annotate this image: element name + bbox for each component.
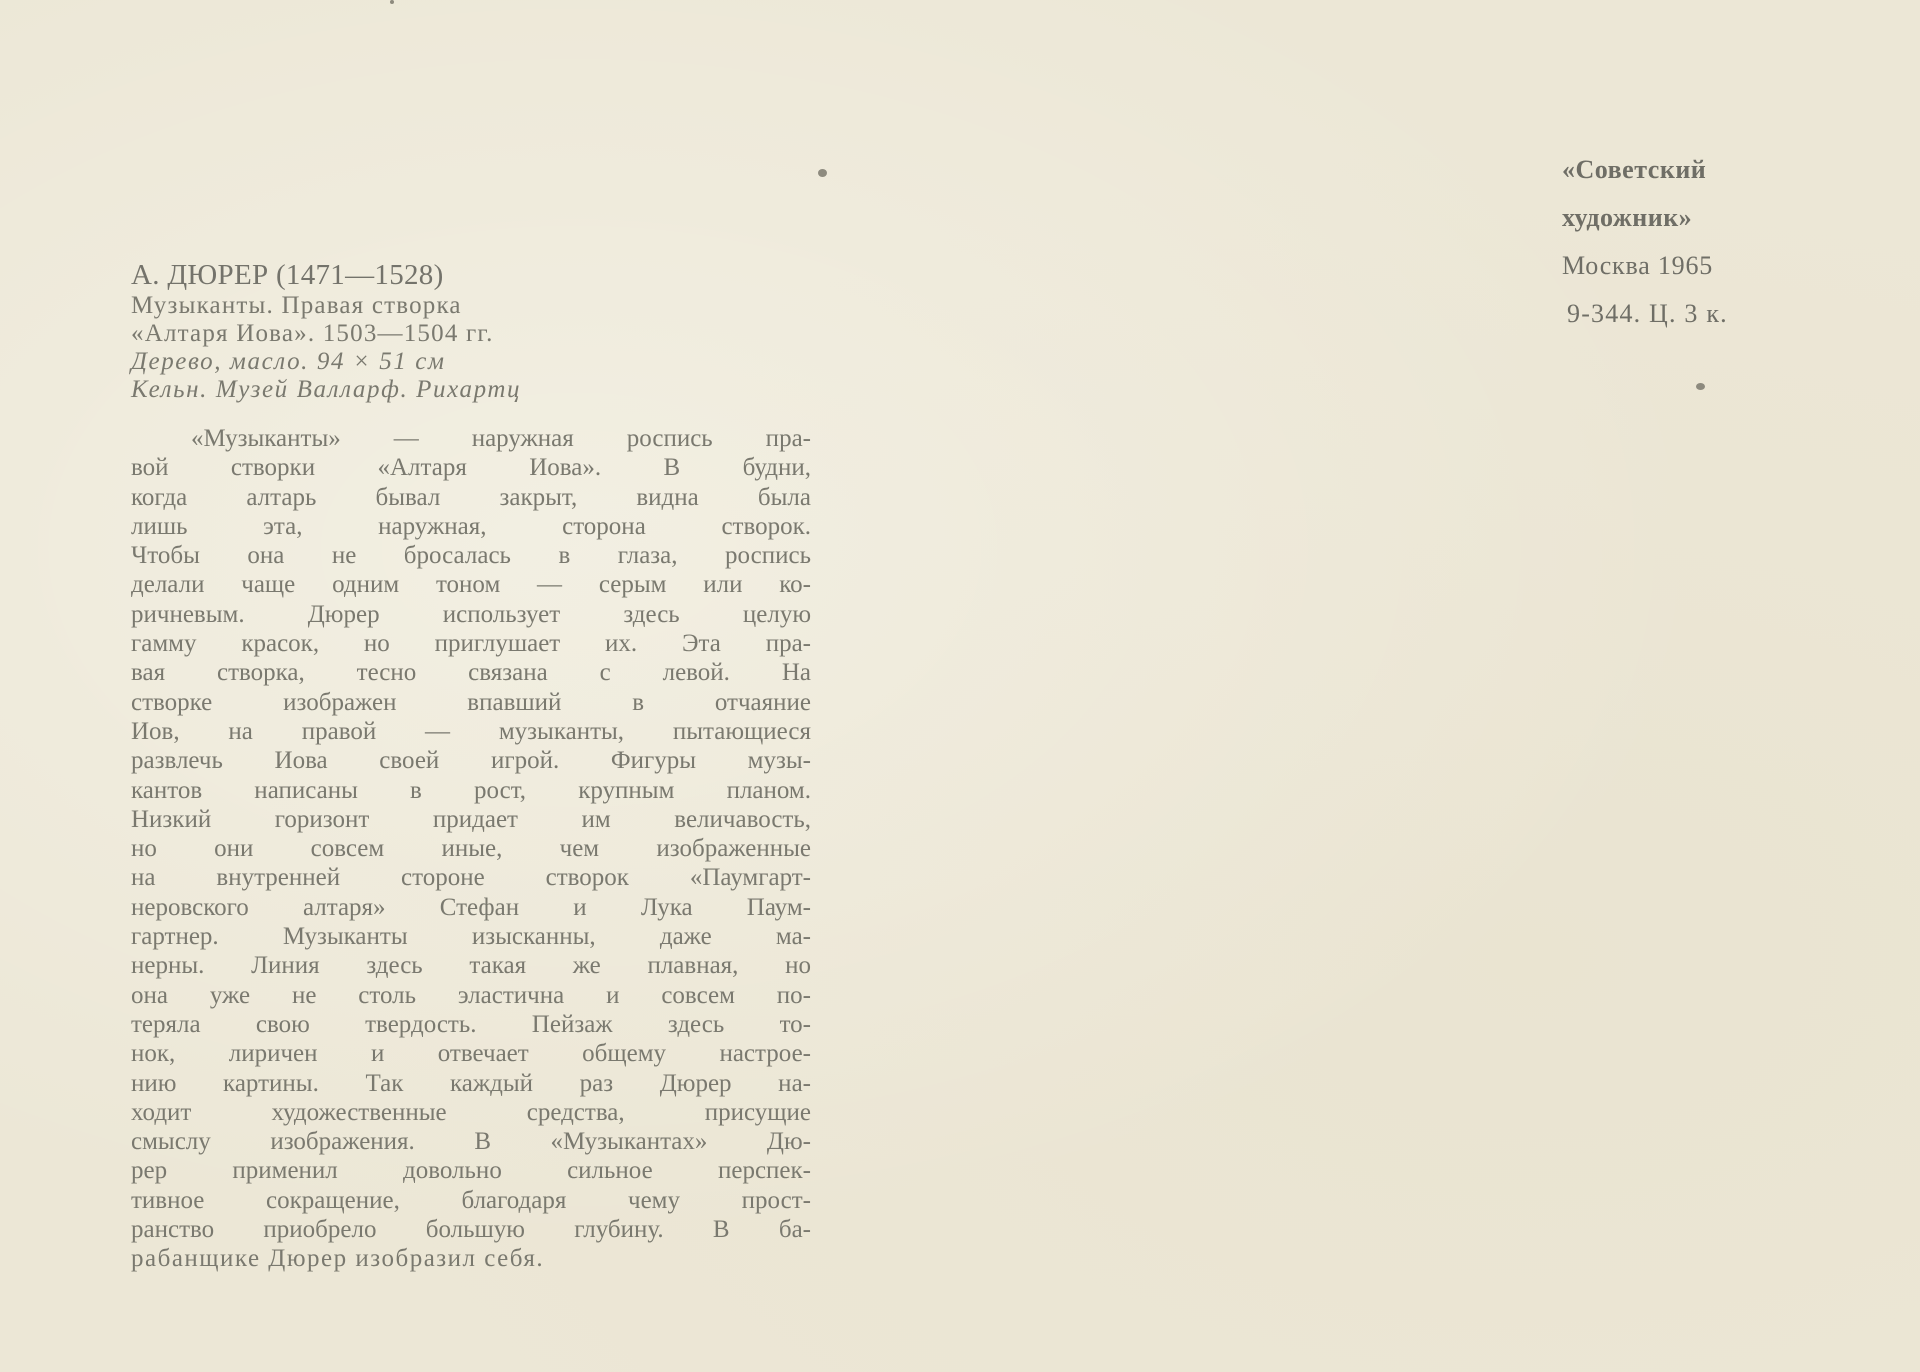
publisher-name-cont: художник» (1562, 194, 1782, 242)
text-line: когда алтарь бывал закрыт, видна была (131, 483, 811, 512)
ink-speck (818, 169, 827, 177)
text-line: Иов, на правой — музыканты, пытающиеся (131, 717, 811, 746)
text-line: кантов написаны в рост, крупным планом. (131, 776, 811, 805)
description-paragraph: «Музыканты» — наружная роспись пра- вой … (131, 424, 811, 1274)
text-line: тивное сокращение, благодаря чему прост- (131, 1186, 811, 1215)
artwork-title-line: Музыканты. Правая створка (131, 292, 831, 320)
artist-title: А. ДЮРЕР (1471—1528) (131, 258, 831, 292)
ink-speck (390, 0, 394, 4)
text-line-last: рабанщике Дюрер изобразил себя. (131, 1244, 811, 1273)
text-line: ходит художественные средства, присущие (131, 1098, 811, 1127)
price-code: 9-344. Ц. 3 к. (1562, 290, 1782, 338)
text-line: рер применил довольно сильное перспек- (131, 1156, 811, 1185)
artwork-title-line: «Алтаря Иова». 1503—1504 гг. (131, 320, 831, 348)
text-line: неровского алтаря» Стефан и Лука Паум- (131, 893, 811, 922)
text-line: лишь эта, наружная, сторона створок. (131, 512, 811, 541)
text-line: ранство приобрело большую глубину. В ба- (131, 1215, 811, 1244)
text-line: гамму красок, но приглушает их. Эта пра- (131, 629, 811, 658)
text-line: «Музыканты» — наружная роспись пра- (131, 424, 811, 453)
text-line: гартнер. Музыканты изысканны, даже ма- (131, 922, 811, 951)
artwork-caption: А. ДЮРЕР (1471—1528) Музыканты. Правая с… (131, 258, 831, 404)
publisher-imprint: «Советский художник» Москва 1965 9-344. … (1562, 146, 1782, 338)
text-line: развлечь Иова своей игрой. Фигуры музы- (131, 746, 811, 775)
text-line: Низкий горизонт придает им величавость, (131, 805, 811, 834)
ink-speck (1696, 383, 1705, 390)
text-line: Чтобы она не бросалась в глаза, роспись (131, 541, 811, 570)
text-line: нию картины. Так каждый раз Дюрер на- (131, 1069, 811, 1098)
publisher-city-year: Москва 1965 (1562, 242, 1782, 290)
text-line: смыслу изображения. В «Музыкантах» Дю- (131, 1127, 811, 1156)
text-line: ричневым. Дюрер использует здесь целую (131, 600, 811, 629)
artwork-location: Кельн. Музей Валларф. Рихартц (131, 376, 831, 404)
text-line: вой створки «Алтаря Иова». В будни, (131, 453, 811, 482)
text-line: делали чаще одним тоном — серым или ко- (131, 570, 811, 599)
text-line: теряла свою твердость. Пейзаж здесь то- (131, 1010, 811, 1039)
text-line: нок, лиричен и отвечает общему настрое- (131, 1039, 811, 1068)
artwork-medium: Дерево, масло. 94 × 51 см (131, 348, 831, 376)
text-line: нерны. Линия здесь такая же плавная, но (131, 951, 811, 980)
publisher-name: «Советский (1562, 146, 1782, 194)
text-line: она уже не столь эластична и совсем по- (131, 981, 811, 1010)
text-line: створке изображен впавший в отчаяние (131, 688, 811, 717)
text-line: на внутренней стороне створок «Паумгарт- (131, 863, 811, 892)
text-line: вая створка, тесно связана с левой. На (131, 658, 811, 687)
text-line: но они совсем иные, чем изображенные (131, 834, 811, 863)
